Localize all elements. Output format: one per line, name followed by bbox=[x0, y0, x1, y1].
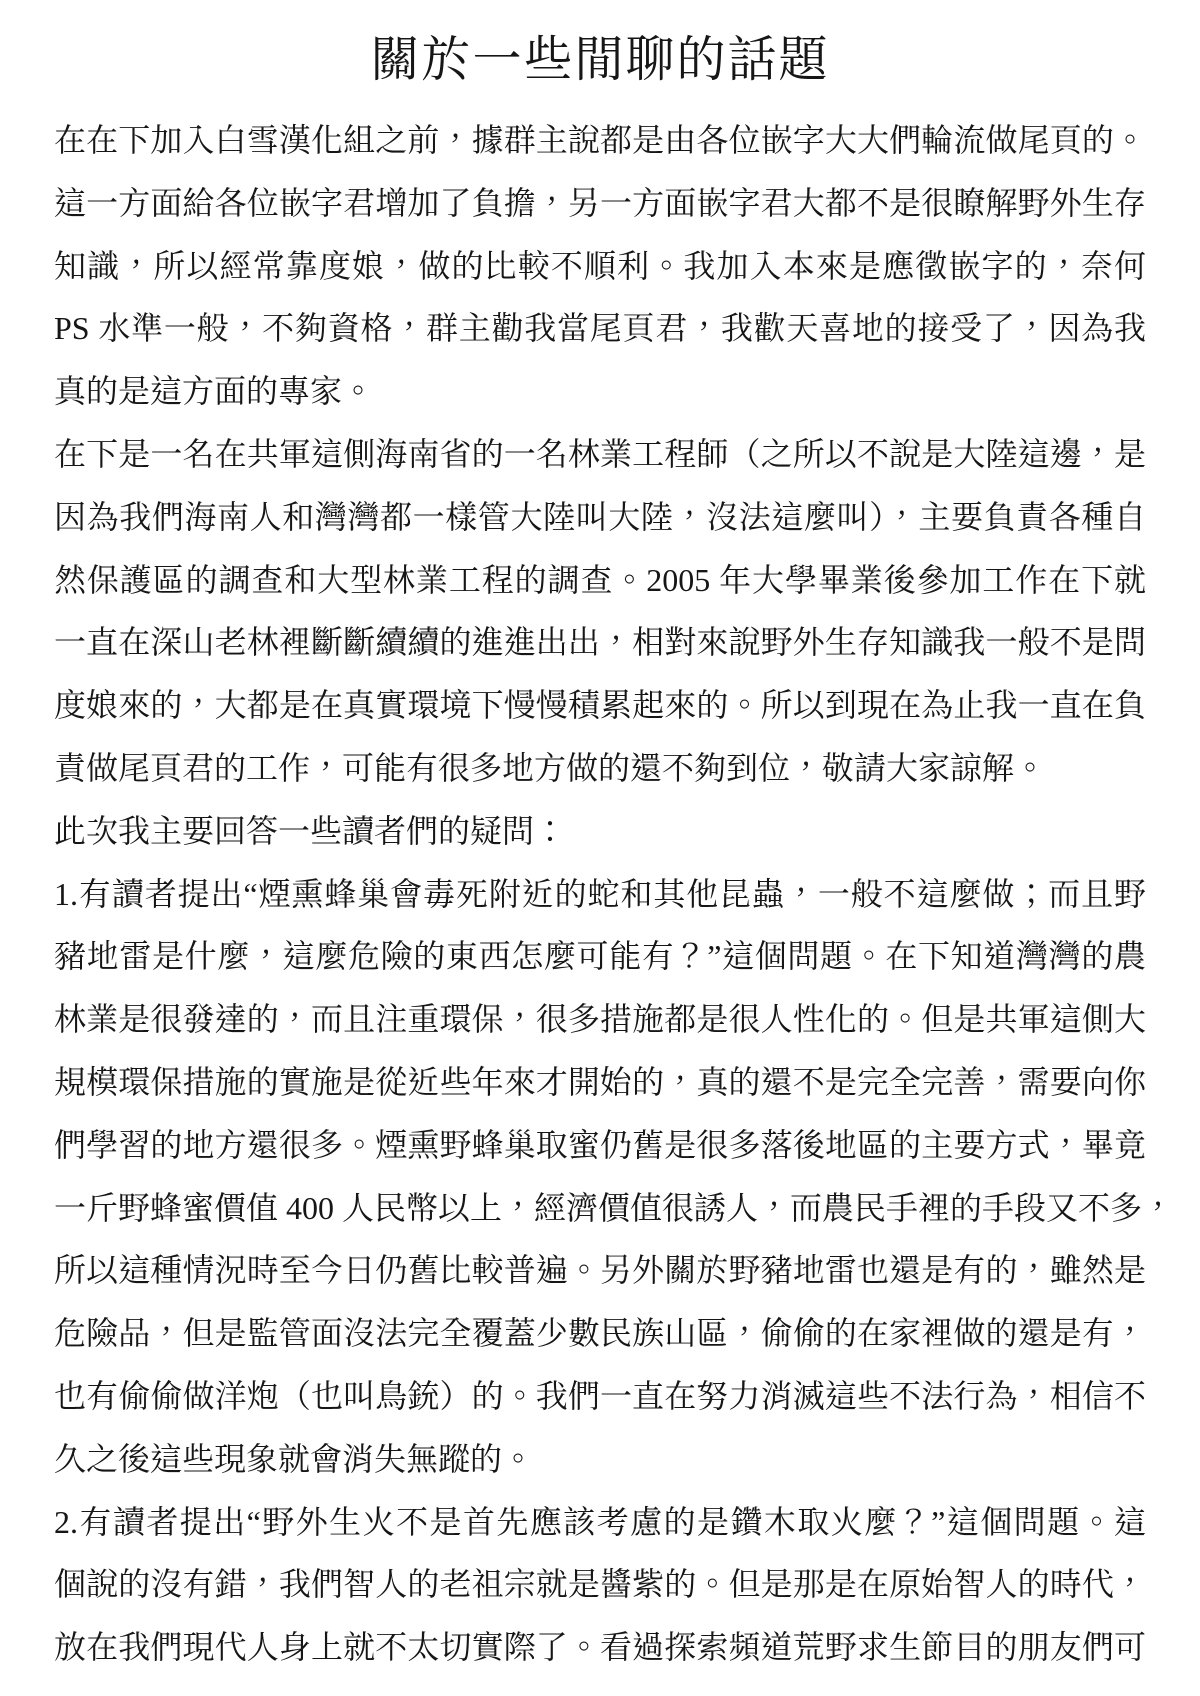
paragraph-question-2: 2.有讀者提出“野外生火不是首先應該考慮的是鑽木取火麼？”這個問題。這 個說的沒… bbox=[54, 1491, 1146, 1679]
text-line: 一直在深山老林裡斷斷續續的進進出出，相對來說野外生存知識我一般不是問 bbox=[54, 611, 1146, 674]
text-line: 豬地雷是什麼，這麼危險的東西怎麼可能有？”這個問題。在下知道灣灣的農 bbox=[54, 925, 1146, 988]
paragraph-lead-in: 此次我主要回答一些讀者們的疑問： bbox=[54, 800, 1146, 863]
text-line: 此次我主要回答一些讀者們的疑問： bbox=[54, 800, 1146, 863]
text-line: 度娘來的，大都是在真實環境下慢慢積累起來的。所以到現在為止我一直在負 bbox=[54, 674, 1146, 737]
text-line: 也有偷偷做洋炮（也叫鳥銃）的。我們一直在努力消滅這些不法行為，相信不 bbox=[54, 1365, 1146, 1428]
text-line: 林業是很發達的，而且注重環保，很多措施都是很人性化的。但是共軍這側大 bbox=[54, 988, 1146, 1051]
text-line: 因為我們海南人和灣灣都一樣管大陸叫大陸，沒法這麼叫），主要負責各種自 bbox=[54, 486, 1146, 549]
text-line: 們學習的地方還很多。煙熏野蜂巢取蜜仍舊是很多落後地區的主要方式，畢竟 bbox=[54, 1114, 1146, 1177]
text-line: 危險品，但是監管面沒法完全覆蓋少數民族山區，偷偷的在家裡做的還是有， bbox=[54, 1302, 1146, 1365]
text-line: 1.有讀者提出“煙熏蜂巢會毒死附近的蛇和其他昆蟲，一般不這麼做；而且野 bbox=[54, 863, 1146, 926]
text-line: 2.有讀者提出“野外生火不是首先應該考慮的是鑽木取火麼？”這個問題。這 bbox=[54, 1491, 1146, 1554]
document-page: 關於一些閒聊的話題 在在下加入白雪漢化組之前，據群主說都是由各位嵌字大大們輪流做… bbox=[0, 0, 1200, 1696]
text-line: 知識，所以經常靠度娘，做的比較不順利。我加入本來是應徵嵌字的，奈何 bbox=[54, 235, 1146, 298]
text-line: 一斤野蜂蜜價值 400 人民幣以上，經濟價值很誘人，而農民手裡的手段又不多， bbox=[54, 1177, 1146, 1240]
text-line: 規模環保措施的實施是從近些年來才開始的，真的還不是完全完善，需要向你 bbox=[54, 1051, 1146, 1114]
text-line: 久之後這些現象就會消失無蹤的。 bbox=[54, 1428, 1146, 1491]
document-body: 在在下加入白雪漢化組之前，據群主說都是由各位嵌字大大們輪流做尾頁的。 這一方面給… bbox=[0, 94, 1200, 1679]
text-line: 真的是這方面的專家。 bbox=[54, 360, 1146, 423]
text-line: 放在我們現代人身上就不太切實際了。看過探索頻道荒野求生節目的朋友們可 bbox=[54, 1616, 1146, 1679]
text-line: 個說的沒有錯，我們智人的老祖宗就是醬紫的。但是那是在原始智人的時代， bbox=[54, 1553, 1146, 1616]
text-line: PS 水準一般，不夠資格，群主勸我當尾頁君，我歡天喜地的接受了，因為我 bbox=[54, 297, 1146, 360]
document-title: 關於一些閒聊的話題 bbox=[0, 26, 1200, 94]
text-line: 在下是一名在共軍這側海南省的一名林業工程師（之所以不說是大陸這邊，是 bbox=[54, 423, 1146, 486]
text-line: 責做尾頁君的工作，可能有很多地方做的還不夠到位，敬請大家諒解。 bbox=[54, 737, 1146, 800]
paragraph-question-1: 1.有讀者提出“煙熏蜂巢會毒死附近的蛇和其他昆蟲，一般不這麼做；而且野 豬地雷是… bbox=[54, 863, 1146, 1491]
paragraph-background: 在下是一名在共軍這側海南省的一名林業工程師（之所以不說是大陸這邊，是 因為我們海… bbox=[54, 423, 1146, 800]
paragraph-intro: 在在下加入白雪漢化組之前，據群主說都是由各位嵌字大大們輪流做尾頁的。 這一方面給… bbox=[54, 109, 1146, 423]
text-line: 所以這種情況時至今日仍舊比較普遍。另外關於野豬地雷也還是有的，雖然是 bbox=[54, 1239, 1146, 1302]
text-line: 然保護區的調查和大型林業工程的調查。2005 年大學畢業後參加工作在下就 bbox=[54, 549, 1146, 612]
text-line: 在在下加入白雪漢化組之前，據群主說都是由各位嵌字大大們輪流做尾頁的。 bbox=[54, 109, 1146, 172]
text-line: 這一方面給各位嵌字君增加了負擔，另一方面嵌字君大都不是很瞭解野外生存 bbox=[54, 172, 1146, 235]
